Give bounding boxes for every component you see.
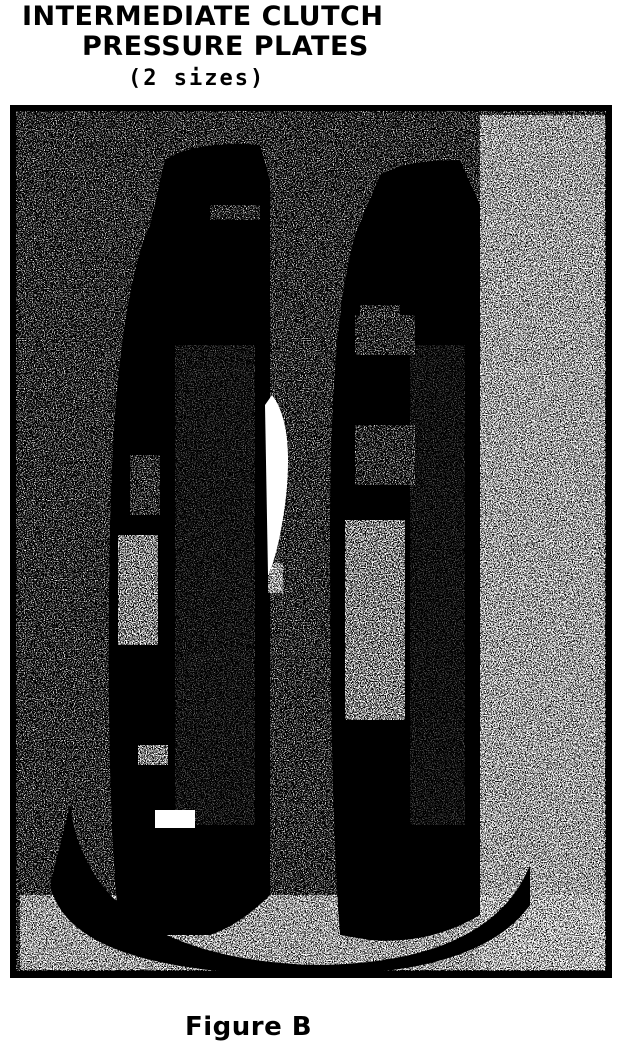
title-line-1: INTERMEDIATE CLUTCH (22, 2, 383, 32)
figure-caption: Figure B (185, 1012, 312, 1042)
subtitle: (2 sizes) (128, 66, 265, 91)
title-line-2: PRESSURE PLATES (82, 32, 369, 62)
pressure-plates-photo (10, 105, 612, 978)
